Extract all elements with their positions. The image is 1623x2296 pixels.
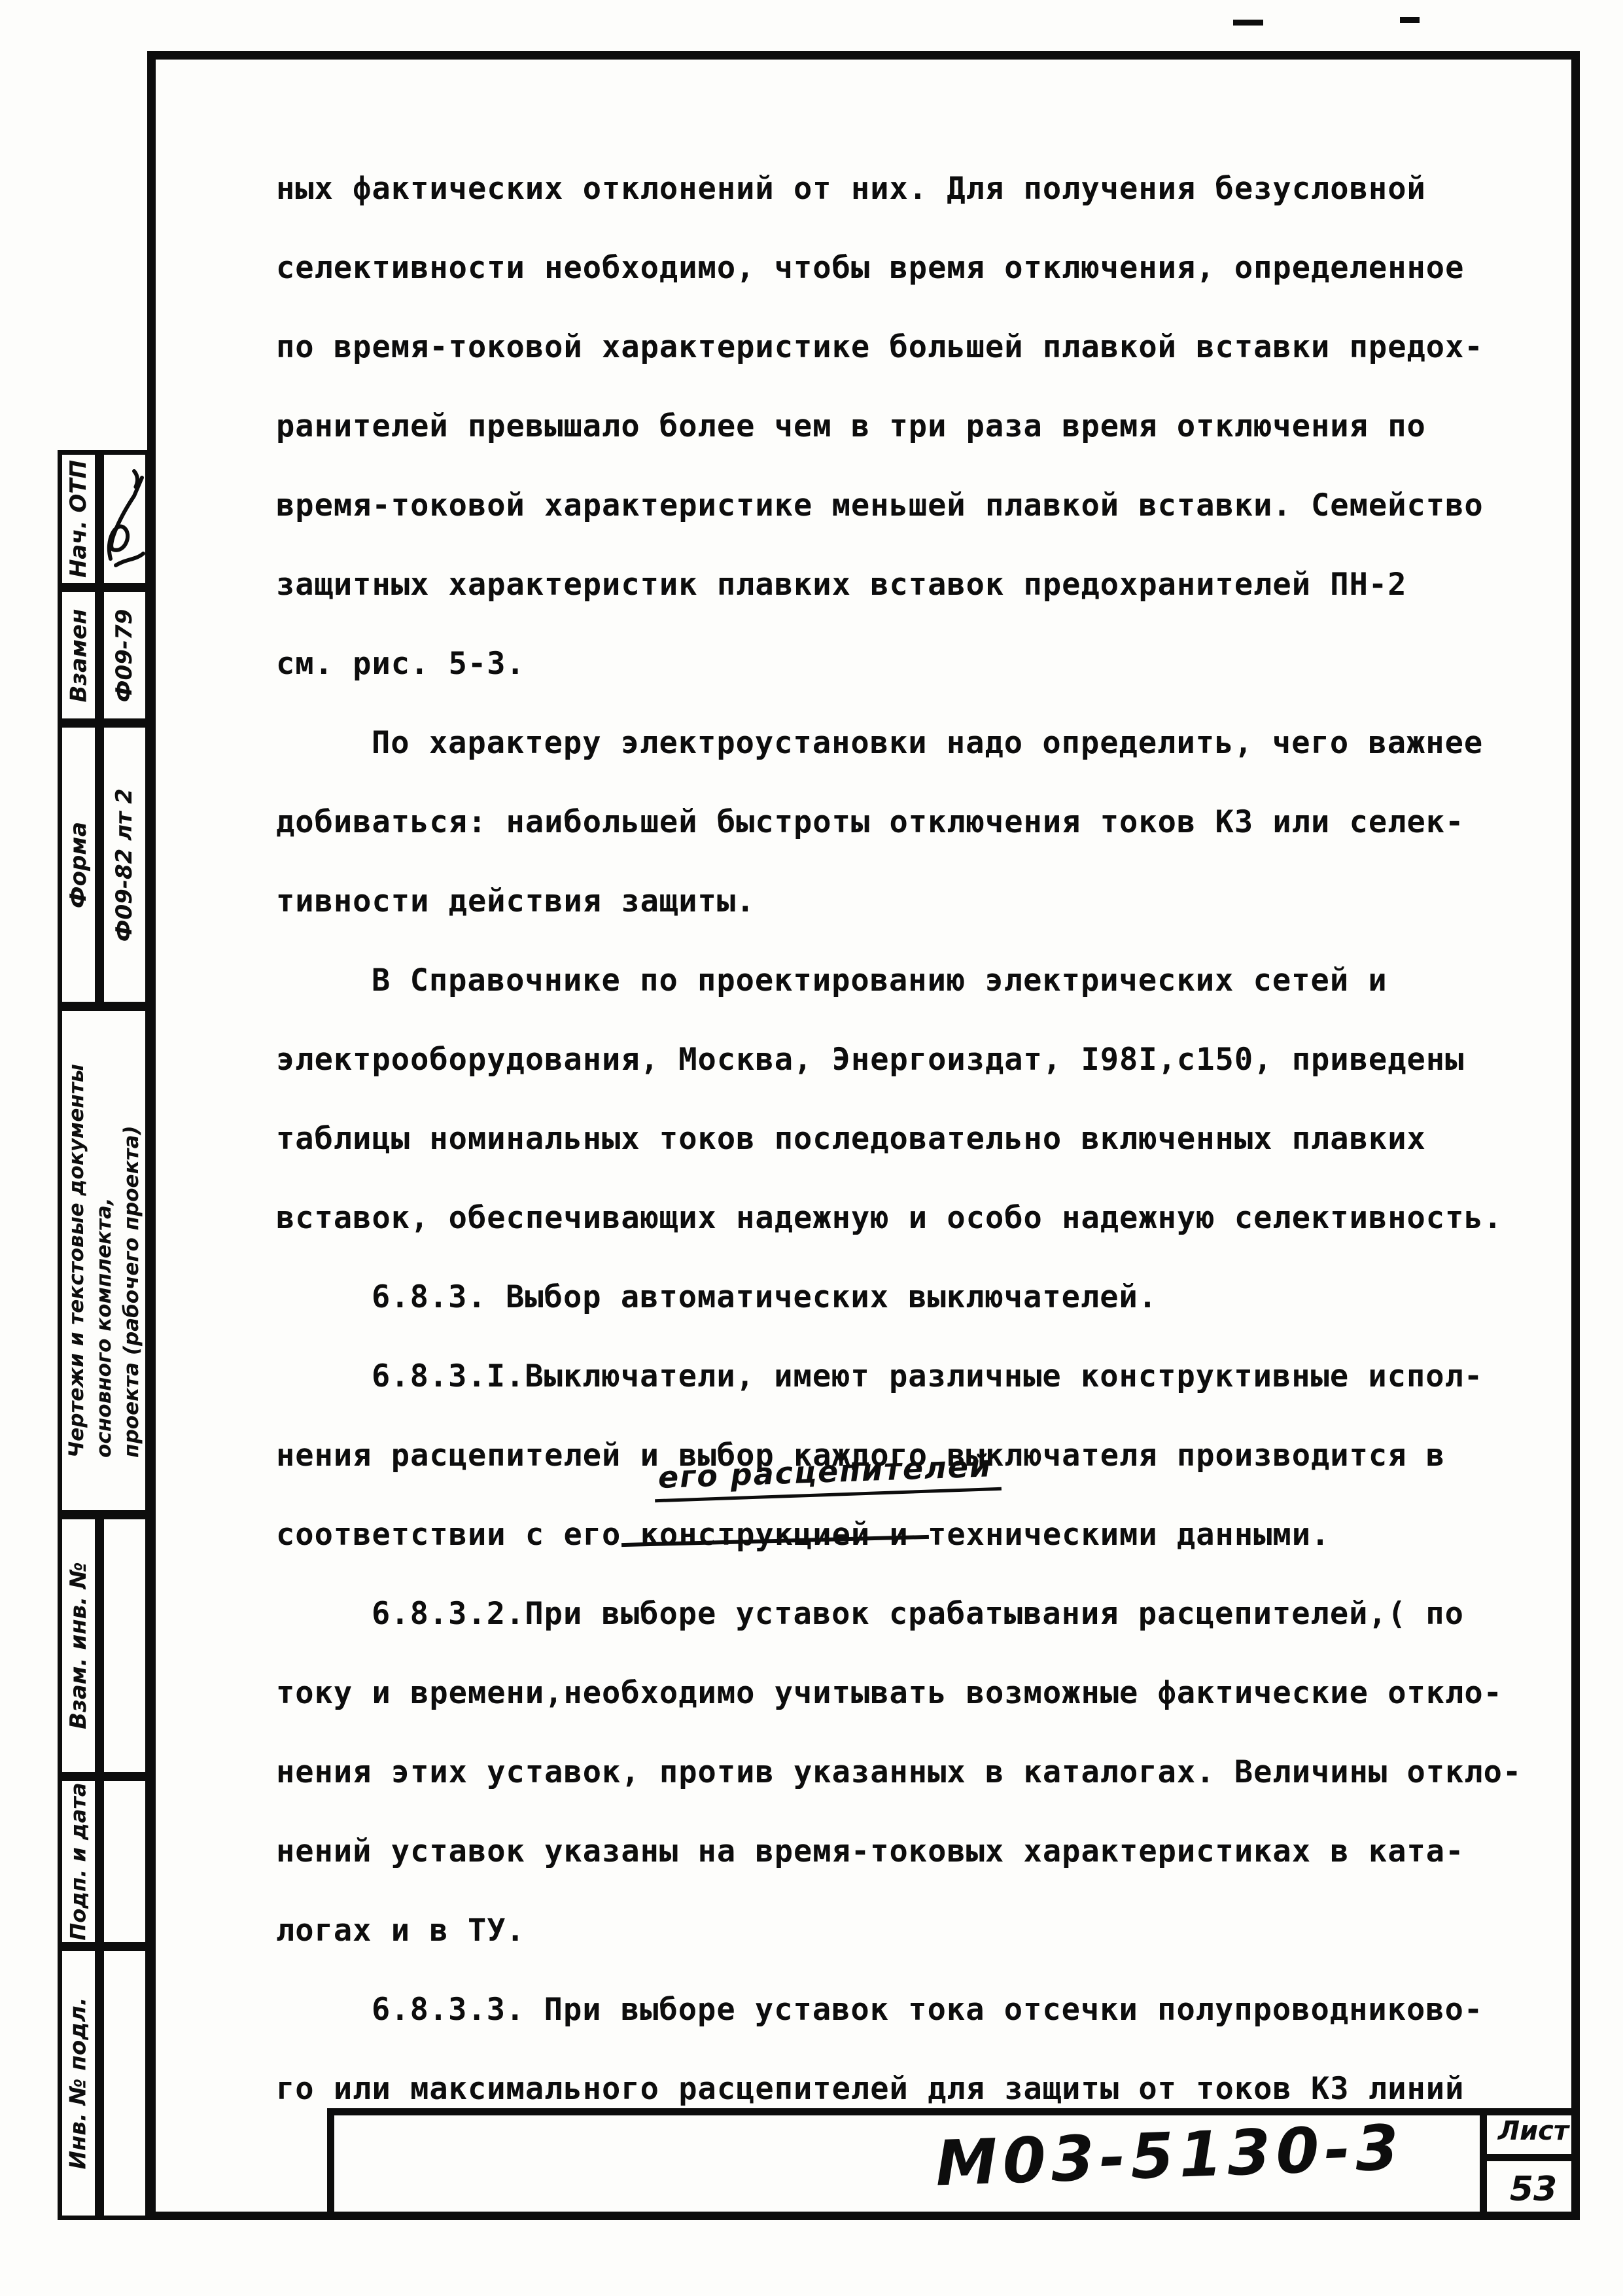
stamp-label: Форма bbox=[65, 821, 92, 908]
text-line: нения этих уставок, против указанных в к… bbox=[276, 1733, 1591, 1812]
stamp-cell-vzam-inv: Взам. инв. № bbox=[58, 1515, 99, 1776]
text-line: току и времени,необходимо учитывать возм… bbox=[276, 1653, 1591, 1733]
stamp-cell-podp-data: Подп. и дата bbox=[58, 1776, 99, 1947]
stamp-label: Взам. инв. № bbox=[65, 1562, 92, 1729]
scan-artifact bbox=[1400, 17, 1420, 23]
text-line: 6.8.3.2.При выборе уставок срабатывания … bbox=[276, 1574, 1591, 1653]
scanned-document-page: ных фактических отклонений от них. Для п… bbox=[0, 0, 1623, 2296]
stamp-cell-vzamen-value: Ф09-79 bbox=[99, 588, 150, 723]
text-line: логах и в ТУ. bbox=[276, 1891, 1591, 1970]
stamp-cell-vzamen: Взамен bbox=[58, 588, 99, 723]
text-line: соответствии с его конструкцией и технич… bbox=[276, 1495, 1591, 1574]
text-line: По характеру электроустановки надо опред… bbox=[276, 703, 1591, 783]
text-line: ных фактических отклонений от них. Для п… bbox=[276, 149, 1591, 228]
doc-type-line: основного комплекта, bbox=[90, 1064, 118, 1458]
text-line: селективности необходимо, чтобы время от… bbox=[276, 228, 1591, 308]
stamp-value: Ф09-79 bbox=[112, 609, 138, 701]
stamp-cell-doc-type: Чертежи и текстовые документы основного … bbox=[58, 1006, 150, 1515]
text-line: см. рис. 5-3. bbox=[276, 624, 1591, 703]
text-line: добиваться: наибольшей быстроты отключен… bbox=[276, 783, 1591, 862]
stamp-cell-podp-data-value bbox=[99, 1776, 150, 1947]
title-block-divider bbox=[1480, 2154, 1580, 2161]
text-line: В Справочнике по проектированию электрич… bbox=[276, 941, 1591, 1020]
text-line: 6.8.3.I.Выключатели, имеют различные кон… bbox=[276, 1337, 1591, 1416]
text-line: 6.8.3.3. При выборе уставок тока отсечки… bbox=[276, 1970, 1591, 2049]
sheet-label: Лист bbox=[1487, 2111, 1580, 2151]
stamp-cell-forma-value: Ф09-82 лт 2 bbox=[99, 723, 150, 1006]
text-line: ранителей превышало более чем в три раза… bbox=[276, 387, 1591, 466]
text-line: время-токовой характеристике меньшей пла… bbox=[276, 466, 1591, 545]
body-text: ных фактических отклонений от них. Для п… bbox=[276, 149, 1591, 2128]
text-line: 6.8.3. Выбор автоматических выключателей… bbox=[276, 1258, 1591, 1337]
stamp-cell-inv-podl: Инв. № подл. bbox=[58, 1947, 99, 2220]
stamp-label: Подп. и дата bbox=[66, 1782, 91, 1940]
stamp-cell-nach-otp: Нач. ОТП bbox=[58, 450, 99, 588]
stamp-label: Взамен bbox=[65, 609, 92, 702]
doc-type-line: проекта (рабочего проекта) bbox=[118, 1064, 145, 1458]
text-line: вставок, обеспечивающих надежную и особо… bbox=[276, 1178, 1591, 1258]
scan-artifact bbox=[1233, 20, 1263, 26]
stamp-cell-inv-podl-value bbox=[99, 1947, 150, 2220]
stamp-cell-vzam-inv-value bbox=[99, 1515, 150, 1776]
text-line: тивности действия защиты. bbox=[276, 862, 1591, 941]
stamp-doc-type-text: Чертежи и текстовые документы основного … bbox=[63, 1064, 145, 1458]
stamp-label: Инв. № подл. bbox=[65, 1997, 92, 2169]
text-line: защитных характеристик плавких вставок п… bbox=[276, 545, 1591, 624]
text-line: нений уставок указаны на время-токовых х… bbox=[276, 1812, 1591, 1891]
text-line: таблицы номинальных токов последовательн… bbox=[276, 1099, 1591, 1178]
stamp-cell-signature bbox=[99, 450, 150, 588]
title-block-divider bbox=[1480, 2108, 1487, 2220]
stamp-cell-forma: Форма bbox=[58, 723, 99, 1006]
signature-icon bbox=[104, 462, 146, 576]
stamp-label: Нач. ОТП bbox=[65, 460, 92, 578]
stamp-value: Ф09-82 лт 2 bbox=[112, 788, 138, 941]
text-line: электрооборудования, Москва, Энергоиздат… bbox=[276, 1020, 1591, 1099]
doc-type-line: Чертежи и текстовые документы bbox=[63, 1064, 90, 1458]
sheet-number: 53 bbox=[1487, 2161, 1580, 2217]
text-line: по время-токовой характеристике большей … bbox=[276, 308, 1591, 387]
